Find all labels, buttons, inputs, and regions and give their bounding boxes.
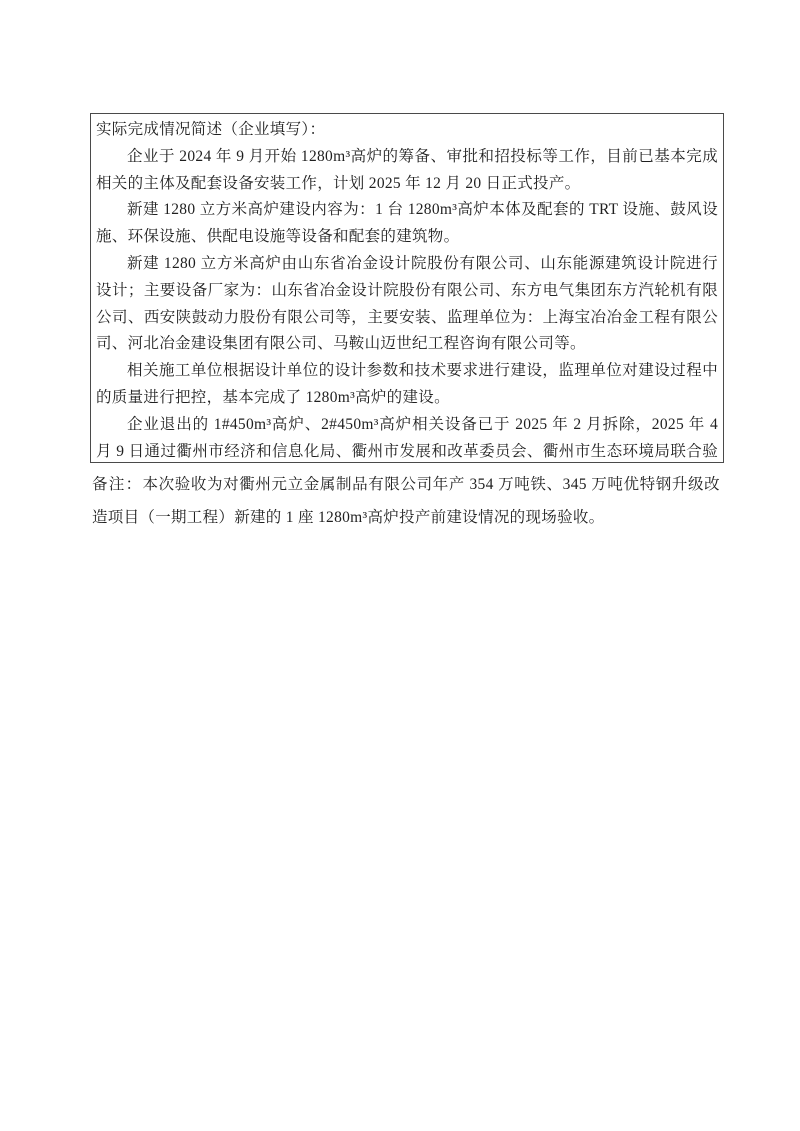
paragraph-construction-content: 新建 1280 立方米高炉建设内容为：1 台 1280m³高炉本体及配套的 TR… [96, 197, 718, 251]
paragraph-preparation: 企业于 2024 年 9 月开始 1280m³高炉的筹备、审批和招投标等工作，目… [96, 144, 718, 198]
remark-label: 备注： [92, 476, 142, 493]
cell-title: 实际完成情况简述（企业填写）： [96, 117, 718, 144]
document-page: 实际完成情况简述（企业填写）： 企业于 2024 年 9 月开始 1280m³高… [0, 0, 800, 1131]
paragraph-construction-quality: 相关施工单位根据设计单位的设计参数和技术要求进行建设，监理单位对建设过程中的质量… [96, 358, 718, 412]
completion-summary-cell: 实际完成情况简述（企业填写）： 企业于 2024 年 9 月开始 1280m³高… [90, 113, 724, 463]
paragraph-design-units: 新建 1280 立方米高炉由山东省冶金设计院股份有限公司、山东能源建筑设计院进行… [96, 251, 718, 358]
paragraph-old-furnace-removal: 企业退出的 1#450m³高炉、2#450m³高炉相关设备已于 2025 年 2… [96, 412, 718, 463]
remark-section: 备注：本次验收为对衢州元立金属制品有限公司年产 354 万吨铁、345 万吨优特… [92, 468, 720, 534]
remark-text: 本次验收为对衢州元立金属制品有限公司年产 354 万吨铁、345 万吨优特钢升级… [92, 476, 720, 526]
